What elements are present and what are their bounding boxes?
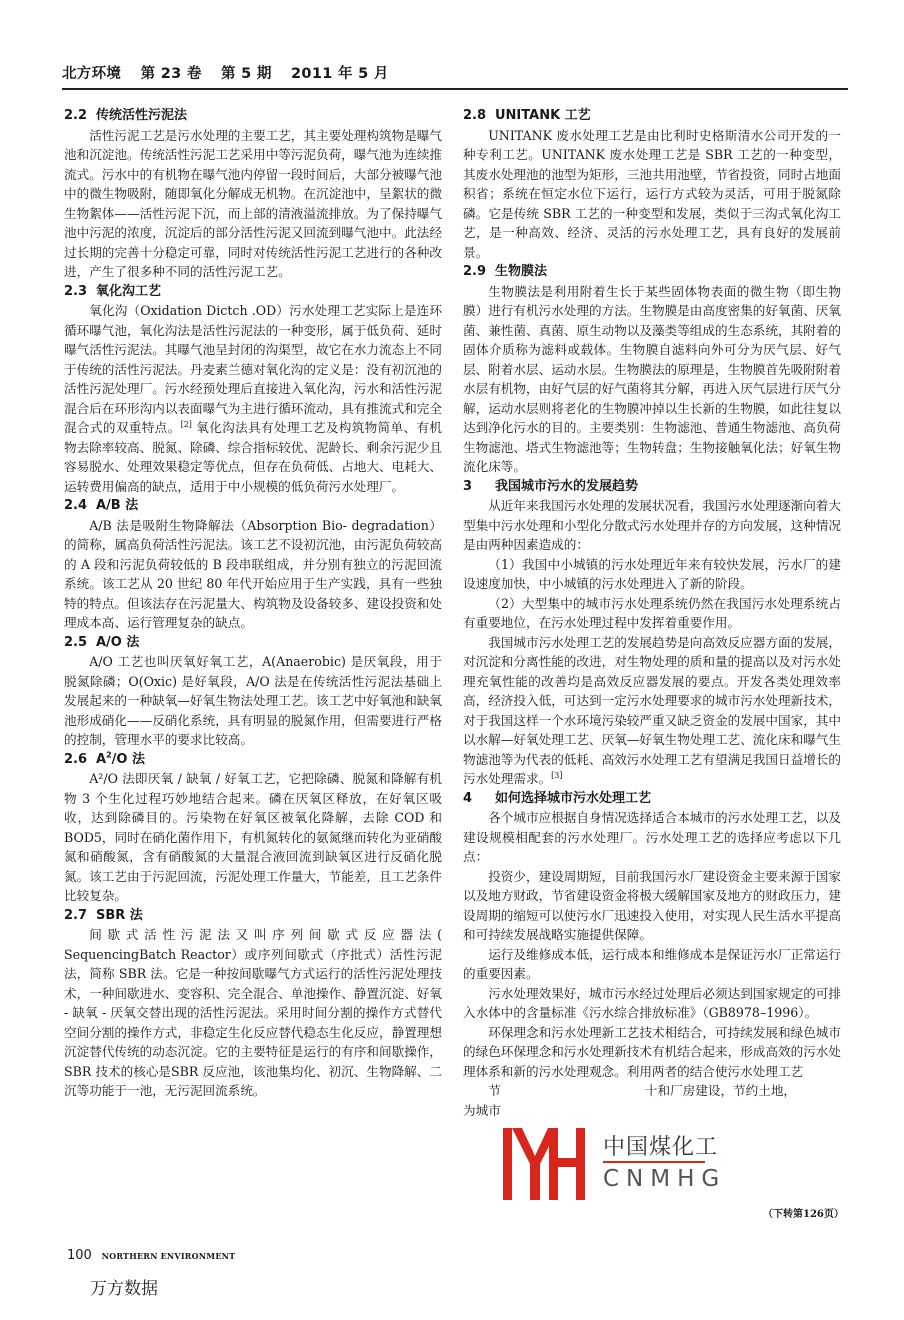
- section-heading: 3我国城市污水的发展趋势: [463, 477, 841, 497]
- issue: 第 5 期: [221, 66, 272, 82]
- paragraph: 氧化沟（Oxidation Dictch .OD）污水处理工艺实际上是连环循环曝…: [64, 301, 442, 496]
- section-heading: 2.4A/B 法: [64, 496, 442, 516]
- watermark-cn: 中国煤化工: [603, 1130, 718, 1161]
- paragraph: 投资少，建设周期短，目前我国污水厂建设资金主要来源于国家以及地方财政，节省建设资…: [463, 867, 841, 945]
- section-heading: 2.8UNITANK 工艺: [463, 106, 841, 126]
- running-header: 北方环境 第 23 卷 第 5 期 2011 年 5 月: [62, 62, 848, 86]
- date: 2011 年 5 月: [291, 66, 389, 82]
- header-rule: [62, 88, 848, 90]
- right-column: 2.8UNITANK 工艺 UNITANK 废水处理工艺是由比利时史格斯清水公司…: [463, 106, 841, 1120]
- section-heading: 2.6A2/O 法: [64, 750, 442, 770]
- journal-name: 北方环境: [62, 66, 121, 82]
- paragraph: 各个城市应根据自身情况选择适合本城市的污水处理工艺，以及建设规模相配套的污水处理…: [463, 808, 841, 867]
- paragraph: 活性污泥工艺是污水处理的主要工艺，其主要处理构筑物是曝气池和沉淀池。传统活性污泥…: [64, 126, 442, 282]
- mh-logo-icon: [503, 1128, 585, 1200]
- paragraph: A/B 法是吸附生物降解法（Absorption Bio- degradatio…: [64, 516, 442, 633]
- paragraph: UNITANK 废水处理工艺是由比利时史格斯清水公司开发的一种专利工艺。UNIT…: [463, 126, 841, 263]
- section-heading: 2.9生物膜法: [463, 262, 841, 282]
- page-footer: 100 NORTHERN ENVIRONMENT: [67, 1248, 235, 1263]
- paragraph: 间歇式活性污泥法又叫序列间歇式反应器法( SequencingBatch Rea…: [64, 925, 442, 1101]
- section-heading: 2.3氧化沟工艺: [64, 282, 442, 302]
- continued-note: （下转第126页）: [763, 1205, 844, 1220]
- paragraph: 环保理念和污水处理新工艺技术相结合，可持续发展和绿色城市的绿色环保理念和污水处理…: [463, 1023, 841, 1082]
- watermark-en: CNMHG: [603, 1166, 726, 1192]
- section-heading: 2.5A/O 法: [64, 633, 442, 653]
- journal-name-en: NORTHERN ENVIRONMENT: [102, 1251, 236, 1261]
- citation: [2]: [181, 420, 192, 429]
- paragraph: 从近年来我国污水处理的发展状况看，我国污水处理逐渐向着大型集中污水处理和小型化分…: [463, 496, 841, 555]
- paragraph: 为城市: [463, 1101, 841, 1121]
- page-number: 100: [67, 1248, 92, 1263]
- paragraph: （1）我国中小城镇的污水处理近年来有较快发展，污水厂的建设速度加快，中小城镇的污…: [463, 555, 841, 594]
- citation: [3]: [551, 771, 562, 780]
- left-column: 2.2传统活性污泥法 活性污泥工艺是污水处理的主要工艺，其主要处理构筑物是曝气池…: [64, 106, 442, 1101]
- paragraph: A²/O 法即厌氧 / 缺氧 / 好氧工艺，它把除磷、脱氮和降解有机物 3 个生…: [64, 769, 442, 906]
- volume: 第 23 卷: [141, 66, 202, 82]
- watermark-logo: 中国煤化工 CNMHG: [503, 1128, 749, 1200]
- paragraph: 生物膜法是利用附着生长于某些固体物表面的微生物（即生物膜）进行有机污水处理的方法…: [463, 282, 841, 477]
- paragraph: 污水处理效果好，城市污水经过处理后必须达到国家规定的可排入水体中的含量标准《污水…: [463, 984, 841, 1023]
- section-heading: 4如何选择城市污水处理工艺: [463, 789, 841, 809]
- watermark-bar: [603, 1161, 705, 1163]
- source-mark: 万方数据: [90, 1274, 158, 1299]
- paragraph: A/O 工艺也叫厌氧好氧工艺，A(Anaerobic) 是厌氧段，用于脱氮除磷；…: [64, 652, 442, 750]
- paragraph: （2）大型集中的城市污水处理系统仍然在我国污水处理系统占有重要地位，在污水处理过…: [463, 594, 841, 633]
- section-heading: 2.7SBR 法: [64, 906, 442, 926]
- section-heading: 2.2传统活性污泥法: [64, 106, 442, 126]
- paragraph: 我国城市污水处理工艺的发展趋势是向高效反应器方面的发展，对沉淀和分离性能的改进，…: [463, 633, 841, 789]
- paragraph: 运行及维修成本低，运行成本和维修成本是保证污水厂正常运行的重要因素。: [463, 945, 841, 984]
- paragraph: 节 十和厂房建设，节约土地，: [463, 1081, 841, 1101]
